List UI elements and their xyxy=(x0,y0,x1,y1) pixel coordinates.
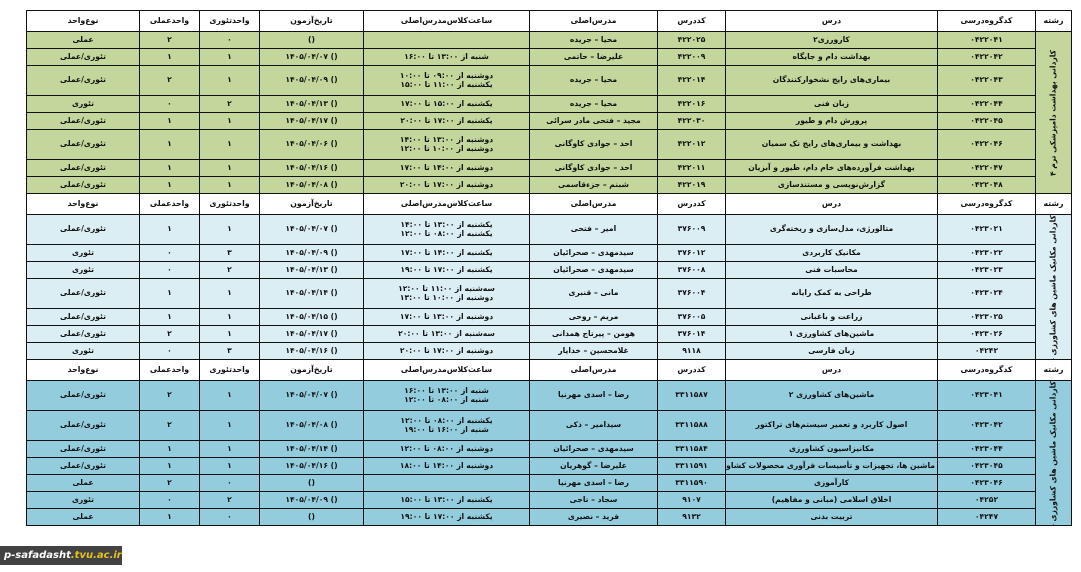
course-name-cell: طراحی به کمک رایانه xyxy=(726,279,938,309)
class-time-cell: یکشنبه از ۱۳:۰۰ تا ۱۴:۰۰یکشنبه از ۰۸:۰۰ … xyxy=(364,215,530,245)
instructor-cell: فرید – نصیری xyxy=(530,509,658,526)
unit-type-cell: عملی xyxy=(27,475,140,492)
schedule-body: رشتهکدگروه‌درسیدرسکددرسمدرس‌اصلیساعت‌کلا… xyxy=(27,11,1072,526)
course-code-cell: ۴۲۲۰۱۲ xyxy=(658,130,726,160)
class-time-cell xyxy=(364,32,530,49)
course-name-cell: ماشین‌های کشاورزی ۱ xyxy=(726,326,938,343)
instructor-cell: احد – جوادی کاوگانی xyxy=(530,130,658,160)
course-name-cell: متالورژی، مدل‌سازی و ریخته‌گری xyxy=(726,215,938,245)
group-code-cell: ۰۴۲۳۰۲۵ xyxy=(938,309,1036,326)
instructor-cell: محیا – جریده xyxy=(530,32,658,49)
unit-type-cell: تئوری/عملی xyxy=(27,160,140,177)
course-name-cell: بهداشت فرآورده‌های خام دام، طیور و آبزیا… xyxy=(726,160,938,177)
theory-units-cell: ۰ xyxy=(200,32,260,49)
class-time-cell: یکشنبه از ۱۵:۰۰ تا ۱۷:۰۰ xyxy=(364,96,530,113)
course-code-cell: ۳۷۶۰۰۸ xyxy=(658,262,726,279)
theory-units-cell: ۱ xyxy=(200,309,260,326)
practical-units-cell: ۱ xyxy=(140,130,200,160)
exam-date-cell: () xyxy=(260,32,364,49)
practical-units-cell: ۰ xyxy=(140,343,200,360)
unit-type-cell: تئوری/عملی xyxy=(27,113,140,130)
table-row: ۰۴۲۳۰۴۵ماشین ها، تجهیزات و تأسیسات فرآور… xyxy=(27,458,1072,475)
column-header-theory-units: واحدتئوری xyxy=(200,360,260,381)
class-time-cell: دوشنبه از ۱۴:۰۰ تا ۱۷:۰۰ xyxy=(364,160,530,177)
table-row: ۰۴۲۲۰۴۸گزارش‌نویسی و مستندسازی۴۲۲۰۱۹شبنم… xyxy=(27,177,1072,194)
class-time-cell: شنبه از ۱۳:۰۰ تا ۱۶:۰۰شنبه از ۰۸:۰۰ تا ۱… xyxy=(364,381,530,411)
theory-units-cell: ۱ xyxy=(200,381,260,411)
class-time-cell xyxy=(364,475,530,492)
course-code-cell: ۳۷۶۰۰۹ xyxy=(658,215,726,245)
course-code-cell: ۳۳۱۱۵۹۱ xyxy=(658,458,726,475)
exam-date-cell: () ۱۴۰۵/۰۴/۱۶ xyxy=(260,343,364,360)
practical-units-cell: ۱ xyxy=(140,279,200,309)
class-time-cell: شنبه از ۱۳:۰۰ تا ۱۶:۰۰ xyxy=(364,49,530,66)
major-label: کاردانی بهداشت دامپزشکی ترم ۴ xyxy=(1036,32,1072,194)
time-slot: شنبه از ۱۶:۰۰ تا ۱۹:۰۰ xyxy=(366,426,527,435)
group-code-cell: ۰۴۲۲۰۴۵ xyxy=(938,113,1036,130)
course-name-cell: مکانیزاسیون کشاورزی xyxy=(726,441,938,458)
exam-date-cell: () ۱۴۰۵/۰۴/۰۷ xyxy=(260,381,364,411)
practical-units-cell: ۲ xyxy=(140,475,200,492)
course-name-cell: بهداشت دام و جایگاه xyxy=(726,49,938,66)
course-code-cell: ۹۱۱۸ xyxy=(658,343,726,360)
exam-date-cell: () ۱۴۰۵/۰۴/۱۶ xyxy=(260,160,364,177)
course-code-cell: ۳۷۶۰۱۲ xyxy=(658,245,726,262)
column-header-unit-type: نوع‌واحد xyxy=(27,194,140,215)
column-header-unit-type: نوع‌واحد xyxy=(27,360,140,381)
practical-units-cell: ۱ xyxy=(140,215,200,245)
exam-date-cell: () ۱۴۰۵/۰۴/۰۶ xyxy=(260,130,364,160)
column-header-instructor: مدرس‌اصلی xyxy=(530,360,658,381)
practical-units-cell: ۲ xyxy=(140,381,200,411)
theory-units-cell: ۱ xyxy=(200,279,260,309)
column-header-practical-units: واحدعملی xyxy=(140,11,200,32)
table-row: ۰۴۲۲۰۴۴زبان فنی۴۲۲۰۱۶محیا – جریدهیکشنبه … xyxy=(27,96,1072,113)
column-header-course-code: کددرس xyxy=(658,11,726,32)
instructor-cell: غلامحسین – خدایار xyxy=(530,343,658,360)
table-row: ۰۴۲۳۰۲۴طراحی به کمک رایانه۳۷۶۰۰۴مانی – ق… xyxy=(27,279,1072,309)
column-header-class-time: ساعت‌کلاس‌مدرس‌اصلی xyxy=(364,194,530,215)
column-header-unit-type: نوع‌واحد xyxy=(27,11,140,32)
class-time-cell: دوشنبه از ۱۷:۰۰ تا ۲۰:۰۰ xyxy=(364,177,530,194)
course-name-cell: تربیت بدنی xyxy=(726,509,938,526)
instructor-cell: محیا – جریده xyxy=(530,96,658,113)
course-name-cell: زبان فنی xyxy=(726,96,938,113)
time-slot: یکشنبه از ۱۵:۰۰ تا ۱۷:۰۰ xyxy=(366,100,527,109)
instructor-cell: سیدمهدی – صحرائیان xyxy=(530,262,658,279)
group-code-cell: ۰۴۲۲۰۴۶ xyxy=(938,130,1036,160)
course-name-cell: محاسبات فنی xyxy=(726,262,938,279)
group-code-cell: ۰۴۲۳۰۲۱ xyxy=(938,215,1036,245)
time-slot: دوشنبه از ۰۸:۰۰ تا ۱۲:۰۰ xyxy=(366,445,527,454)
course-name-cell: کارورزی۲ xyxy=(726,32,938,49)
time-slot: یکشنبه از ۱۷:۰۰ تا ۱۹:۰۰ xyxy=(366,513,527,522)
exam-date-cell: () ۱۴۰۵/۰۴/۱۴ xyxy=(260,279,364,309)
exam-date-cell: () ۱۴۰۵/۰۴/۱۵ xyxy=(260,309,364,326)
time-slot: دوشنبه از ۱۰:۰۰ تا ۱۲:۰۰ xyxy=(366,145,527,154)
practical-units-cell: ۱ xyxy=(140,49,200,66)
theory-units-cell: ۱ xyxy=(200,130,260,160)
unit-type-cell: تئوری/عملی xyxy=(27,381,140,411)
class-time-cell: یکشنبه از ۱۴:۰۰ تا ۱۷:۰۰ xyxy=(364,245,530,262)
unit-type-cell: تئوری/عملی xyxy=(27,177,140,194)
header-row: رشتهکدگروه‌درسیدرسکددرسمدرس‌اصلیساعت‌کلا… xyxy=(27,194,1072,215)
exam-date-cell: () ۱۴۰۵/۰۴/۰۷ xyxy=(260,49,364,66)
table-row: کاردانی مکانیک ماشین های کشاورزی – ترم ۲… xyxy=(27,215,1072,245)
class-time-cell: سه‌شنبه از ۱۱:۰۰ تا ۱۲:۰۰دوشنبه از ۱۰:۰۰… xyxy=(364,279,530,309)
theory-units-cell: ۱ xyxy=(200,441,260,458)
instructor-cell: مانی – قنبری xyxy=(530,279,658,309)
group-code-cell: ۰۴۲۲۰۴۸ xyxy=(938,177,1036,194)
course-code-cell: ۳۳۱۱۵۸۸ xyxy=(658,411,726,441)
group-code-cell: ۰۴۲۳۰۲۴ xyxy=(938,279,1036,309)
practical-units-cell: ۱ xyxy=(140,177,200,194)
instructor-cell: امیر – فتحی xyxy=(530,215,658,245)
course-code-cell: ۳۷۶۰۰۵ xyxy=(658,309,726,326)
exam-date-cell: () ۱۴۰۵/۰۴/۱۴ xyxy=(260,441,364,458)
exam-date-cell: () xyxy=(260,509,364,526)
time-slot: دوشنبه از ۱۳:۰۰ تا ۱۷:۰۰ xyxy=(366,313,527,322)
course-name-cell: ماشین ها، تجهیزات و تأسیسات فرآوری محصول… xyxy=(726,458,938,475)
theory-units-cell: ۱ xyxy=(200,458,260,475)
unit-type-cell: تئوری/عملی xyxy=(27,458,140,475)
theory-units-cell: ۱ xyxy=(200,160,260,177)
table-row: ۰۴۲۳۰۲۳محاسبات فنی۳۷۶۰۰۸سیدمهدی – صحرائی… xyxy=(27,262,1072,279)
unit-type-cell: عملی xyxy=(27,509,140,526)
unit-type-cell: تئوری xyxy=(27,245,140,262)
theory-units-cell: ۱ xyxy=(200,66,260,96)
course-name-cell: اخلاق اسلامی (مبانی و مفاهیم) xyxy=(726,492,938,509)
course-name-cell: اصول کاربرد و تعمیر سیستم‌های تراکتور xyxy=(726,411,938,441)
course-code-cell: ۳۳۱۱۵۹۰ xyxy=(658,475,726,492)
group-code-cell: ۰۴۲۳۰۲۳ xyxy=(938,262,1036,279)
practical-units-cell: ۰ xyxy=(140,96,200,113)
instructor-cell: رضا – اسدی مهرنیا xyxy=(530,475,658,492)
class-time-cell: دوشنبه از ۱۴:۰۰ تا ۱۸:۰۰ xyxy=(364,458,530,475)
schedule-table: رشتهکدگروه‌درسیدرسکددرسمدرس‌اصلیساعت‌کلا… xyxy=(26,10,1072,526)
exam-date-cell: () ۱۴۰۵/۰۴/۰۹ xyxy=(260,245,364,262)
practical-units-cell: ۰ xyxy=(140,492,200,509)
column-header-major: رشته xyxy=(1036,360,1072,381)
group-code-cell: ۰۴۲۲۰۴۷ xyxy=(938,160,1036,177)
practical-units-cell: ۲ xyxy=(140,32,200,49)
unit-type-cell: تئوری/عملی xyxy=(27,215,140,245)
theory-units-cell: ۱ xyxy=(200,177,260,194)
course-name-cell: گزارش‌نویسی و مستندسازی xyxy=(726,177,938,194)
course-name-cell: کارآموزی xyxy=(726,475,938,492)
column-header-theory-units: واحدتئوری xyxy=(200,11,260,32)
unit-type-cell: تئوری/عملی xyxy=(27,66,140,96)
unit-type-cell: تئوری/عملی xyxy=(27,441,140,458)
instructor-cell: علیرضا – حاتمی xyxy=(530,49,658,66)
practical-units-cell: ۰ xyxy=(140,262,200,279)
instructor-cell: مریم – روحی xyxy=(530,309,658,326)
course-name-cell: زبان فارسی xyxy=(726,343,938,360)
column-header-class-time: ساعت‌کلاس‌مدرس‌اصلی xyxy=(364,360,530,381)
theory-units-cell: ۲ xyxy=(200,492,260,509)
group-code-cell: ۰۴۲۳۰۴۴ xyxy=(938,441,1036,458)
exam-date-cell: () ۱۴۰۵/۰۴/۰۸ xyxy=(260,411,364,441)
table-row: ۰۴۲۳۰۲۲مکانیک کاربردی۳۷۶۰۱۲سیدمهدی – صحر… xyxy=(27,245,1072,262)
theory-units-cell: ۲ xyxy=(200,262,260,279)
column-header-course: درس xyxy=(726,360,938,381)
column-header-group-code: کدگروه‌درسی xyxy=(938,360,1036,381)
column-header-exam-date: تاریخ‌آزمون xyxy=(260,194,364,215)
course-code-cell: ۴۲۲۰۱۴ xyxy=(658,66,726,96)
time-slot: دوشنبه از ۱۴:۰۰ تا ۱۸:۰۰ xyxy=(366,462,527,471)
course-code-cell: ۴۲۲۰۲۵ xyxy=(658,32,726,49)
theory-units-cell: ۳ xyxy=(200,245,260,262)
class-time-cell: سه‌شنبه از ۱۳:۰۰ تا ۲۰:۰۰ xyxy=(364,326,530,343)
group-code-cell: ۰۴۲۲۰۴۴ xyxy=(938,96,1036,113)
column-header-major: رشته xyxy=(1036,194,1072,215)
practical-units-cell: ۲ xyxy=(140,66,200,96)
time-slot: یکشنبه از ۱۷:۰۰ تا ۲۰:۰۰ xyxy=(366,117,527,126)
course-code-cell: ۴۲۲۰۱۱ xyxy=(658,160,726,177)
class-time-cell: دوشنبه از ۱۷:۰۰ تا ۲۰:۰۰ xyxy=(364,343,530,360)
time-slot: شنبه از ۰۸:۰۰ تا ۱۲:۰۰ xyxy=(366,396,527,405)
exam-date-cell: () ۱۴۰۵/۰۴/۰۹ xyxy=(260,66,364,96)
group-code-cell: ۰۴۲۴۲ xyxy=(938,343,1036,360)
major-label: کاردانی مکانیک ماشین های کشاورزی – ترم ۲ xyxy=(1036,215,1072,360)
instructor-cell: مجید – فتحی مادر سرائی xyxy=(530,113,658,130)
unit-type-cell: تئوری/عملی xyxy=(27,309,140,326)
theory-units-cell: ۳ xyxy=(200,343,260,360)
unit-type-cell: تئوری/عملی xyxy=(27,130,140,160)
practical-units-cell: ۱ xyxy=(140,309,200,326)
time-slot: یکشنبه از ۱۳:۰۰ تا ۱۵:۰۰ xyxy=(366,496,527,505)
instructor-cell: رضا – اسدی مهرنیا xyxy=(530,381,658,411)
practical-units-cell: ۲ xyxy=(140,411,200,441)
practical-units-cell: ۱ xyxy=(140,458,200,475)
time-slot: دوشنبه از ۱۷:۰۰ تا ۲۰:۰۰ xyxy=(366,347,527,356)
table-row: ۰۴۲۲۰۴۵پرورش دام و طیور۴۲۲۰۳۰مجید – فتحی… xyxy=(27,113,1072,130)
unit-type-cell: تئوری/عملی xyxy=(27,279,140,309)
group-code-cell: ۰۴۲۲۰۴۲ xyxy=(938,49,1036,66)
group-code-cell: ۰۴۲۳۰۴۶ xyxy=(938,475,1036,492)
theory-units-cell: ۰ xyxy=(200,475,260,492)
instructor-cell: سیدمهدی – صحرائیان xyxy=(530,245,658,262)
course-code-cell: ۳۷۶۰۱۴ xyxy=(658,326,726,343)
column-header-major: رشته xyxy=(1036,11,1072,32)
table-row: ۰۴۲۵۲اخلاق اسلامی (مبانی و مفاهیم)۹۱۰۷سج… xyxy=(27,492,1072,509)
column-header-class-time: ساعت‌کلاس‌مدرس‌اصلی xyxy=(364,11,530,32)
time-slot: دوشنبه از ۱۷:۰۰ تا ۲۰:۰۰ xyxy=(366,181,527,190)
course-code-cell: ۴۲۲۰۱۹ xyxy=(658,177,726,194)
column-header-course: درس xyxy=(726,11,938,32)
class-time-cell: یکشنبه از ۱۷:۰۰ تا ۲۰:۰۰ xyxy=(364,113,530,130)
time-slot: شنبه از ۱۳:۰۰ تا ۱۶:۰۰ xyxy=(366,53,527,62)
course-code-cell: ۹۱۳۲ xyxy=(658,509,726,526)
instructor-cell: محیا – جریده xyxy=(530,66,658,96)
table-row: ۰۴۲۴۲زبان فارسی۹۱۱۸غلامحسین – خدایاردوشن… xyxy=(27,343,1072,360)
group-code-cell: ۰۴۲۳۰۲۲ xyxy=(938,245,1036,262)
column-header-exam-date: تاریخ‌آزمون xyxy=(260,360,364,381)
column-header-theory-units: واحدتئوری xyxy=(200,194,260,215)
time-slot: دوشنبه از ۱۰:۰۰ تا ۱۳:۰۰ xyxy=(366,294,527,303)
column-header-practical-units: واحدعملی xyxy=(140,194,200,215)
table-row: ۰۴۲۲۰۴۷بهداشت فرآورده‌های خام دام، طیور … xyxy=(27,160,1072,177)
practical-units-cell: ۱ xyxy=(140,160,200,177)
practical-units-cell: ۱ xyxy=(140,441,200,458)
header-row: رشتهکدگروه‌درسیدرسکددرسمدرس‌اصلیساعت‌کلا… xyxy=(27,11,1072,32)
instructor-cell: سجاد – تاجی xyxy=(530,492,658,509)
column-header-group-code: کدگروه‌درسی xyxy=(938,11,1036,32)
course-name-cell: بیماری‌های رایج نشخوارکنندگان xyxy=(726,66,938,96)
course-code-cell: ۳۷۶۰۰۴ xyxy=(658,279,726,309)
course-code-cell: ۴۲۲۰۱۶ xyxy=(658,96,726,113)
class-time-cell: دوشنبه از ۱۳:۰۰ تا ۱۴:۰۰دوشنبه از ۱۰:۰۰ … xyxy=(364,130,530,160)
unit-type-cell: تئوری xyxy=(27,96,140,113)
course-name-cell: مکانیک کاربردی xyxy=(726,245,938,262)
course-code-cell: ۴۲۲۰۳۰ xyxy=(658,113,726,130)
group-code-cell: ۰۴۲۲۰۴۳ xyxy=(938,66,1036,96)
column-header-exam-date: تاریخ‌آزمون xyxy=(260,11,364,32)
practical-units-cell: ۱ xyxy=(140,113,200,130)
theory-units-cell: ۲ xyxy=(200,96,260,113)
theory-units-cell: ۱ xyxy=(200,411,260,441)
table-row: ۰۴۲۳۰۴۴مکانیزاسیون کشاورزی۳۳۱۱۵۸۴سیدمهدی… xyxy=(27,441,1072,458)
class-time-cell: یکشنبه از ۰۸:۰۰ تا ۱۲:۰۰شنبه از ۱۶:۰۰ تا… xyxy=(364,411,530,441)
header-row: رشتهکدگروه‌درسیدرسکددرسمدرس‌اصلیساعت‌کلا… xyxy=(27,360,1072,381)
theory-units-cell: ۱ xyxy=(200,113,260,130)
group-code-cell: ۰۴۲۲۰۴۱ xyxy=(938,32,1036,49)
course-code-cell: ۴۲۲۰۰۹ xyxy=(658,49,726,66)
course-name-cell: زراعت و باغبانی xyxy=(726,309,938,326)
group-code-cell: ۰۴۲۳۰۴۲ xyxy=(938,411,1036,441)
exam-date-cell: () ۱۴۰۵/۰۴/۰۹ xyxy=(260,492,364,509)
class-time-cell: دوشنبه از ۰۸:۰۰ تا ۱۲:۰۰ xyxy=(364,441,530,458)
table-row: ۰۴۲۳۰۴۶کارآموزی۳۳۱۱۵۹۰رضا – اسدی مهرنیا(… xyxy=(27,475,1072,492)
group-code-cell: ۰۴۲۳۰۲۶ xyxy=(938,326,1036,343)
table-row: ۰۴۲۳۰۲۵زراعت و باغبانی۳۷۶۰۰۵مریم – روحید… xyxy=(27,309,1072,326)
time-slot: یکشنبه از ۱۴:۰۰ تا ۱۷:۰۰ xyxy=(366,249,527,258)
exam-date-cell: () ۱۴۰۵/۰۴/۰۸ xyxy=(260,177,364,194)
time-slot: یکشنبه از ۰۸:۰۰ تا ۱۲:۰۰ xyxy=(366,230,527,239)
column-header-course-code: کددرس xyxy=(658,194,726,215)
instructor-cell: سیدمهدی – صحرائیان xyxy=(530,441,658,458)
table-row: کاردانی مکانیک ماشین های کشاورزی – ترم ۴… xyxy=(27,381,1072,411)
column-header-instructor: مدرس‌اصلی xyxy=(530,11,658,32)
course-code-cell: ۹۱۰۷ xyxy=(658,492,726,509)
major-label: کاردانی مکانیک ماشین های کشاورزی – ترم ۴ xyxy=(1036,381,1072,526)
time-slot: یکشنبه از ۱۷:۰۰ تا ۱۹:۰۰ xyxy=(366,266,527,275)
practical-units-cell: ۱ xyxy=(140,509,200,526)
theory-units-cell: ۱ xyxy=(200,326,260,343)
instructor-cell: احد – جوادی کاوگانی xyxy=(530,160,658,177)
theory-units-cell: ۱ xyxy=(200,215,260,245)
class-time-cell: یکشنبه از ۱۳:۰۰ تا ۱۵:۰۰ xyxy=(364,492,530,509)
column-header-instructor: مدرس‌اصلی xyxy=(530,194,658,215)
exam-date-cell: () ۱۴۰۵/۰۴/۱۶ xyxy=(260,458,364,475)
unit-type-cell: تئوری/عملی xyxy=(27,49,140,66)
exam-date-cell: () ۱۴۰۵/۰۴/۱۷ xyxy=(260,326,364,343)
table-row: ۰۴۲۲۰۴۳بیماری‌های رایج نشخوارکنندگان۴۲۲۰… xyxy=(27,66,1072,96)
column-header-group-code: کدگروه‌درسی xyxy=(938,194,1036,215)
unit-type-cell: تئوری xyxy=(27,262,140,279)
exam-date-cell: () ۱۴۰۵/۰۴/۱۷ xyxy=(260,113,364,130)
table-row: ۰۴۲۳۰۴۲اصول کاربرد و تعمیر سیستم‌های ترا… xyxy=(27,411,1072,441)
course-name-cell: پرورش دام و طیور xyxy=(726,113,938,130)
practical-units-cell: ۰ xyxy=(140,245,200,262)
table-row: ۰۴۲۴۷تربیت بدنی۹۱۳۲فرید – نصیرییکشنبه از… xyxy=(27,509,1072,526)
watermark: p-safadasht.tvu.ac.ir xyxy=(0,546,122,565)
column-header-course: درس xyxy=(726,194,938,215)
course-name-cell: بهداشت و بیماری‌های رایج تک سمیان xyxy=(726,130,938,160)
class-time-cell: یکشنبه از ۱۷:۰۰ تا ۱۹:۰۰ xyxy=(364,509,530,526)
table-row: ۰۴۲۲۰۴۲بهداشت دام و جایگاه۴۲۲۰۰۹علیرضا –… xyxy=(27,49,1072,66)
exam-date-cell: () ۱۴۰۵/۰۴/۱۳ xyxy=(260,96,364,113)
time-slot: دوشنبه از ۱۴:۰۰ تا ۱۷:۰۰ xyxy=(366,164,527,173)
practical-units-cell: ۲ xyxy=(140,326,200,343)
group-code-cell: ۰۴۲۳۰۴۵ xyxy=(938,458,1036,475)
group-code-cell: ۰۴۲۵۲ xyxy=(938,492,1036,509)
table-row: ۰۴۲۲۰۴۶بهداشت و بیماری‌های رایج تک سمیان… xyxy=(27,130,1072,160)
unit-type-cell: تئوری xyxy=(27,492,140,509)
course-code-cell: ۳۳۱۱۵۸۴ xyxy=(658,441,726,458)
instructor-cell: شبنم – جزءقاسمی xyxy=(530,177,658,194)
time-slot: یکشنبه از ۱۱:۰۰ تا ۱۵:۰۰ xyxy=(366,81,527,90)
class-time-cell: یکشنبه از ۱۷:۰۰ تا ۱۹:۰۰ xyxy=(364,262,530,279)
table-row: ۰۴۲۳۰۲۶ماشین‌های کشاورزی ۱۳۷۶۰۱۴هومن – پ… xyxy=(27,326,1072,343)
course-name-cell: ماشین‌های کشاورزی ۲ xyxy=(726,381,938,411)
exam-date-cell: () ۱۴۰۵/۰۴/۱۳ xyxy=(260,262,364,279)
column-header-practical-units: واحدعملی xyxy=(140,360,200,381)
class-time-cell: دوشنبه از ۰۹:۰۰ تا ۱۰:۰۰یکشنبه از ۱۱:۰۰ … xyxy=(364,66,530,96)
instructor-cell: علیرضا – گوهریان xyxy=(530,458,658,475)
exam-date-cell: () xyxy=(260,475,364,492)
instructor-cell: سیدامیر – ذکی xyxy=(530,411,658,441)
class-time-cell: دوشنبه از ۱۳:۰۰ تا ۱۷:۰۰ xyxy=(364,309,530,326)
time-slot: سه‌شنبه از ۱۳:۰۰ تا ۲۰:۰۰ xyxy=(366,330,527,339)
exam-date-cell: () ۱۴۰۵/۰۴/۰۷ xyxy=(260,215,364,245)
theory-units-cell: ۰ xyxy=(200,509,260,526)
instructor-cell: هومن – پیرتاج همدانی xyxy=(530,326,658,343)
unit-type-cell: عملی xyxy=(27,32,140,49)
theory-units-cell: ۱ xyxy=(200,49,260,66)
group-code-cell: ۰۴۲۳۰۴۱ xyxy=(938,381,1036,411)
unit-type-cell: تئوری xyxy=(27,343,140,360)
column-header-course-code: کددرس xyxy=(658,360,726,381)
unit-type-cell: تئوری/عملی xyxy=(27,326,140,343)
group-code-cell: ۰۴۲۴۷ xyxy=(938,509,1036,526)
unit-type-cell: تئوری/عملی xyxy=(27,411,140,441)
course-code-cell: ۳۳۱۱۵۸۷ xyxy=(658,381,726,411)
table-row: کاردانی بهداشت دامپزشکی ترم ۴۰۴۲۲۰۴۱کارو… xyxy=(27,32,1072,49)
